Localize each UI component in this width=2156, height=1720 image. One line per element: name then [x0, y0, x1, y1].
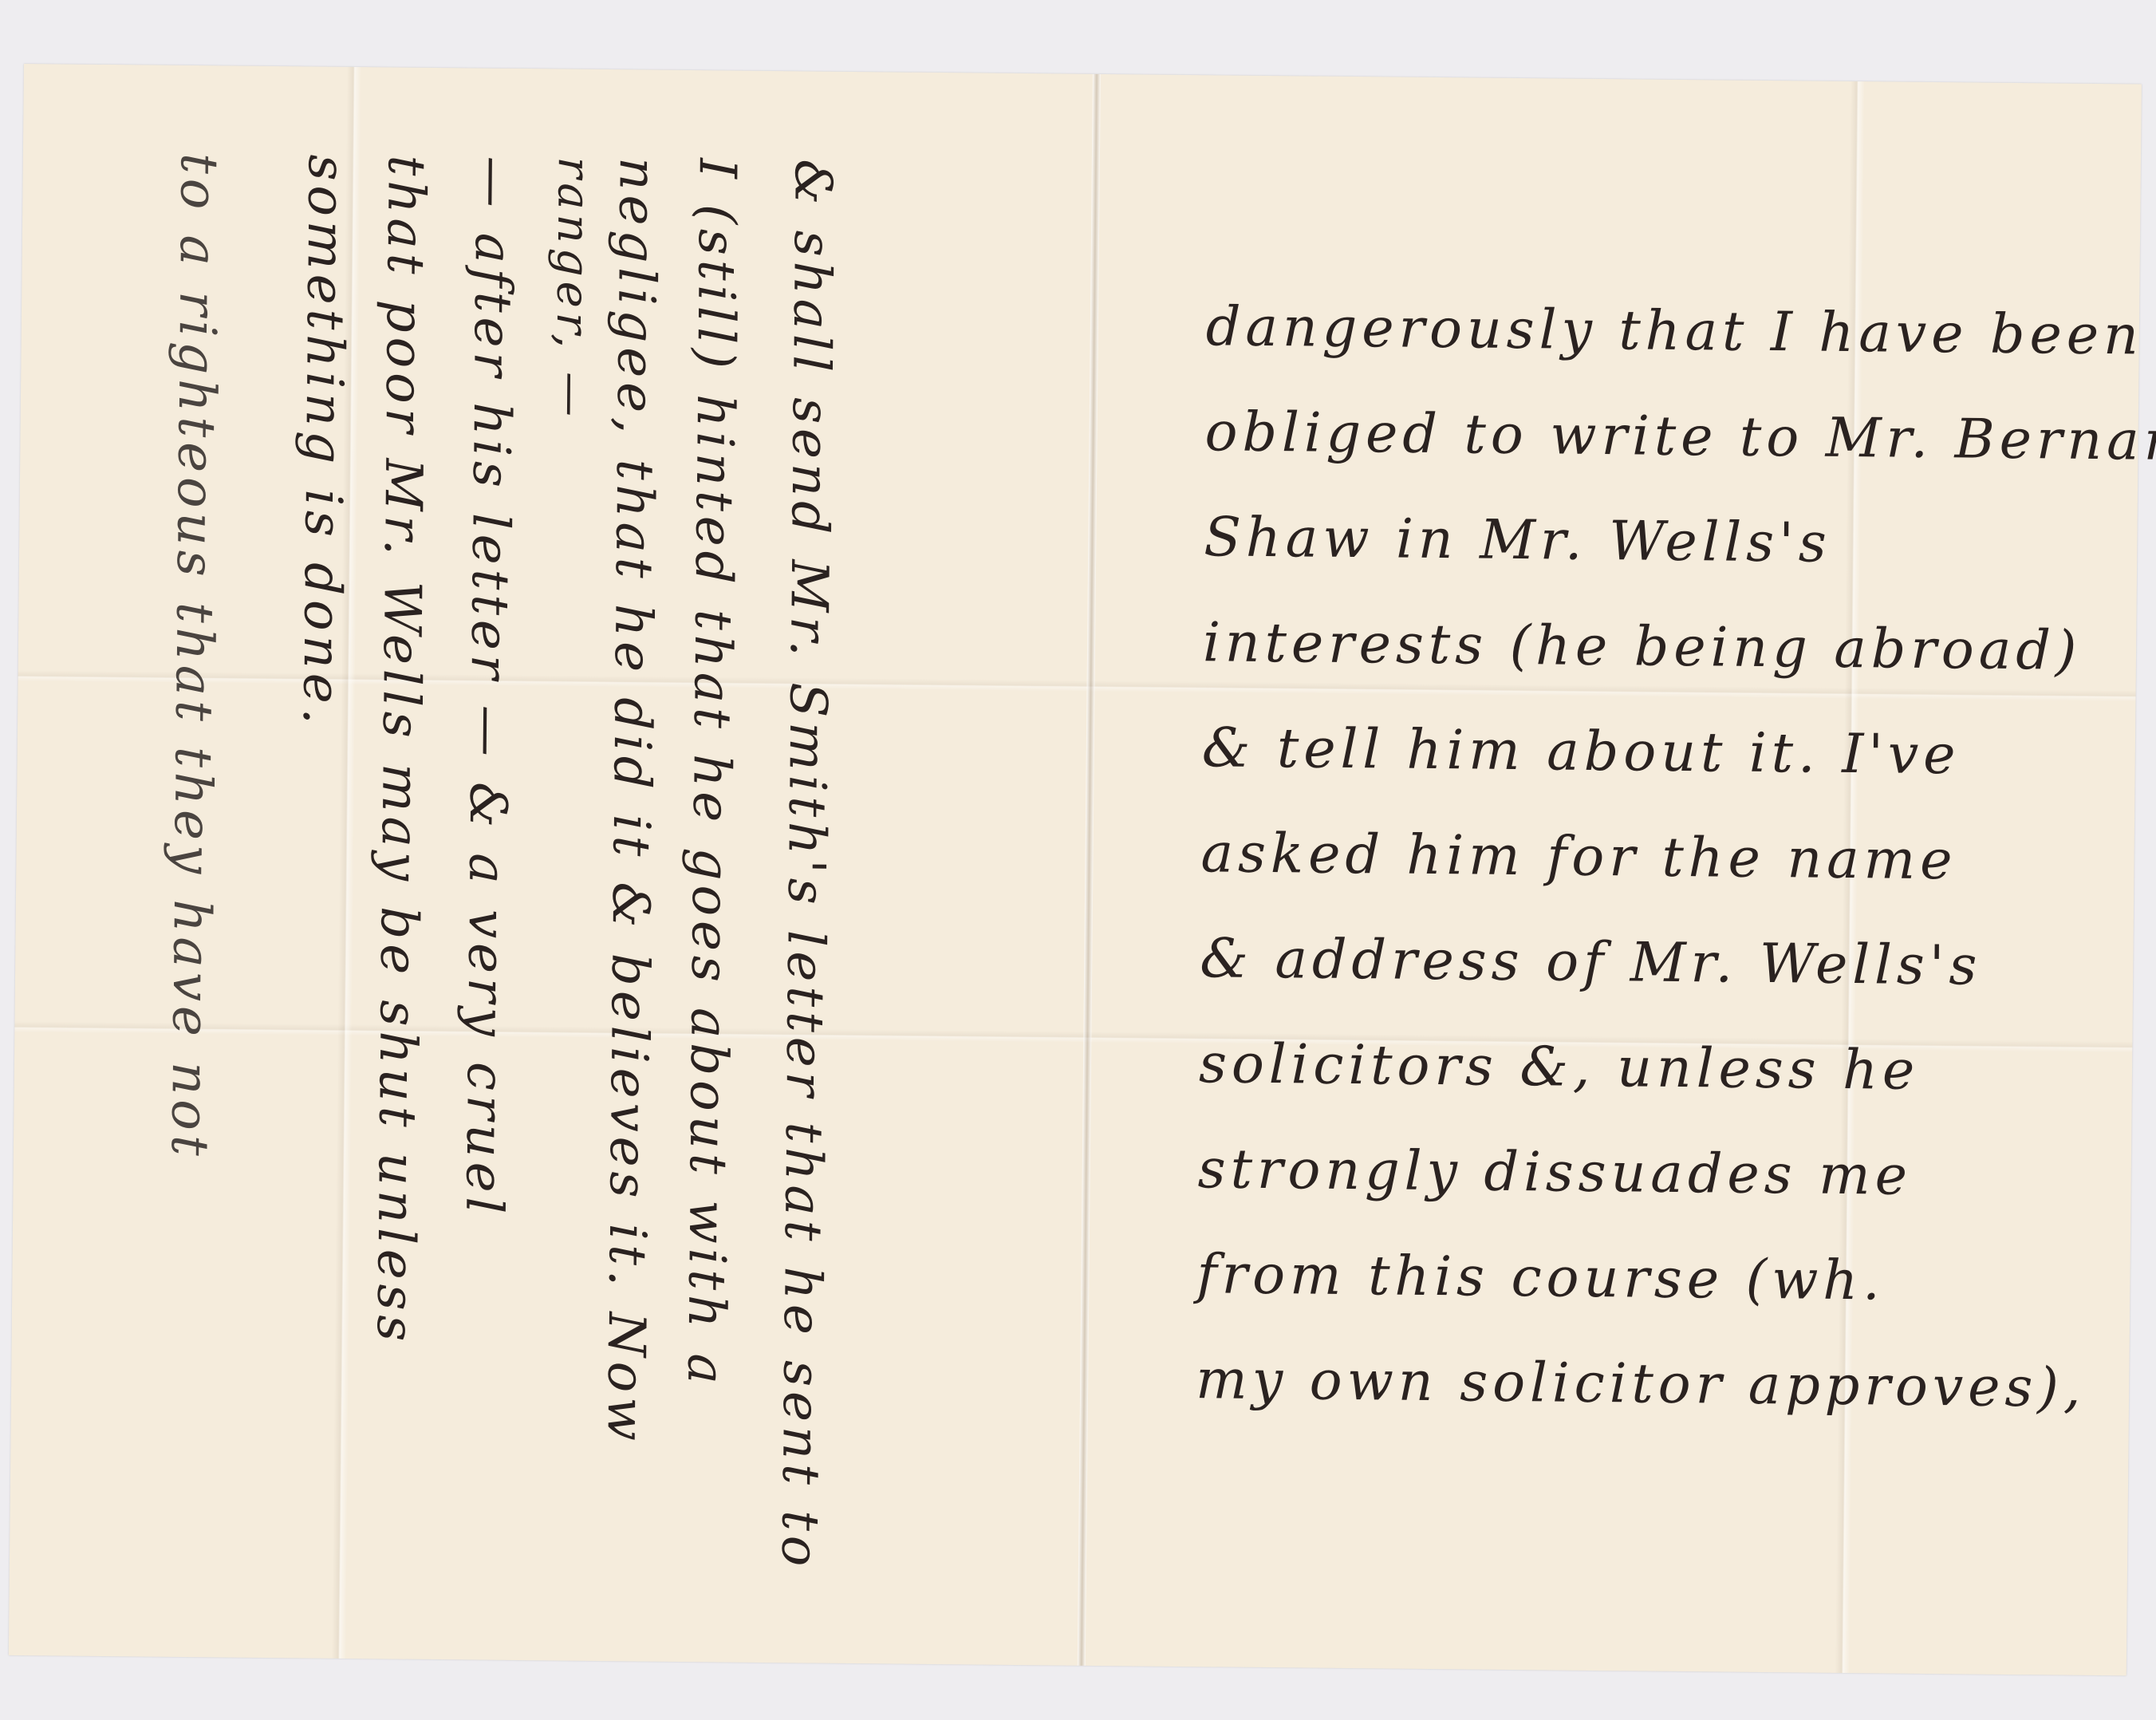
- right-page-text: dangerously that I have been obliged to …: [1196, 274, 2156, 1442]
- handwritten-line: & tell him about it. I've: [1201, 696, 2156, 811]
- handwritten-line: asked him for the name: [1200, 801, 2156, 916]
- handwritten-line: Shaw in Mr. Wells's: [1204, 485, 2156, 600]
- handwritten-line: something is done.: [281, 154, 366, 729]
- handwritten-line: my own solicitor approves),: [1196, 1327, 2156, 1442]
- handwritten-line: solicitors &, unless he: [1198, 1012, 2156, 1126]
- handwritten-line: dangerously that I have been: [1205, 274, 2156, 389]
- left-page-line: & shall send Mr. Smith's letter that he …: [759, 159, 869, 1675]
- handwritten-line: & address of Mr. Wells's: [1200, 906, 2156, 1021]
- handwritten-line: strongly dissuades me: [1197, 1117, 2156, 1232]
- handwritten-line: interests (he being abroad): [1202, 590, 2156, 705]
- left-page-line: something is done.: [272, 154, 382, 1671]
- handwritten-line: from this course (wh.: [1196, 1222, 2156, 1337]
- handwritten-line: to a righteous that they have not: [149, 153, 238, 1161]
- letter-sheet: & shall send Mr. Smith's letter that he …: [9, 64, 2142, 1675]
- right-page: dangerously that I have been obliged to …: [1090, 74, 2142, 1675]
- handwritten-line: obliged to write to Mr. Bernard: [1204, 380, 2156, 495]
- left-page-line: to a righteous that they have not: [144, 153, 254, 1670]
- handwritten-line: & shall send Mr. Smith's letter that he …: [759, 159, 853, 1572]
- left-page: & shall send Mr. Smith's letter that he …: [9, 64, 1093, 1666]
